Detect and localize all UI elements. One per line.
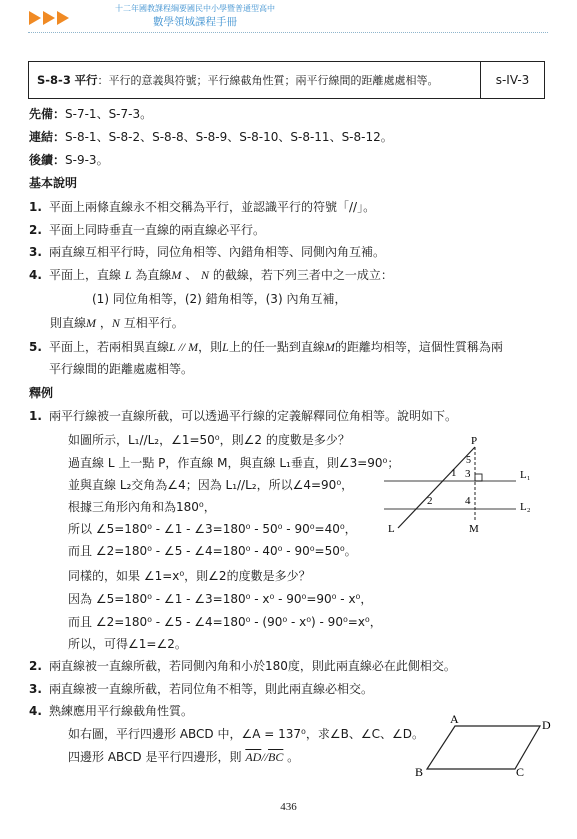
label-l: L	[388, 523, 395, 535]
basic-item-5-line2: 平行線間的距離處處相等。	[49, 362, 193, 376]
example-line: 四邊形 ABCD 是平行四邊形，則 AD//BC 。	[68, 750, 299, 764]
item-text: 兩直線互相平行時，同位角相等、內錯角相等、同側內角互補。	[49, 245, 385, 259]
item-text: 兩平行線被一直線所截，可以透過平行線的定義解釋同位角相等。說明如下。	[49, 409, 457, 423]
basic-item: 3.兩直線互相平行時，同位角相等、內錯角相等、同側內角互補。	[29, 245, 385, 259]
basic-item-4-conclusion: 則直線M ，N 互相平行。	[50, 316, 184, 330]
basic-item: 2.平面上同時垂直一直線的兩直線必平行。	[29, 223, 265, 237]
item-number: 4.	[29, 704, 49, 718]
example-line: 而且 ∠2=180⁰ - ∠5 - ∠4=180⁰ - 40⁰ - 90⁰=50…	[68, 544, 357, 558]
var-n: N	[201, 268, 209, 282]
example-line: 如右圖，平行四邊形 ABCD 中，∠A = 137⁰，求∠B、∠C、∠D。	[68, 727, 424, 741]
example-line: 過直線 L 上一點 P，作直線 M，與直線 L₁垂直，則∠3=90⁰；	[68, 456, 399, 470]
basic-section-title: 基本說明	[29, 176, 77, 190]
item-text: 上的任一點到直線	[229, 340, 325, 354]
header-divider	[28, 32, 548, 33]
example-line: 如圖所示，L₁//L₂，∠1=50⁰，則∠2 的度數是多少？	[68, 433, 350, 447]
links-label: 連結：	[29, 130, 65, 144]
angle-2: 2	[427, 495, 433, 507]
examples-section-title: 釋例	[29, 386, 53, 400]
topic-code-box: S-8-3 平行 ：平行的意義與符號；平行線截角性質；兩平行線間的距離處處相等。…	[28, 61, 545, 99]
item-text: 四邊形 ABCD 是平行四邊形，則	[68, 750, 241, 764]
example-line: 所以 ∠5=180⁰ - ∠1 - ∠3=180⁰ - 50⁰ - 90⁰=40…	[68, 522, 357, 536]
example-line: 同樣的，如果 ∠1=x⁰，則∠2的度數是多少？	[68, 569, 311, 583]
basic-item: 1.平面上兩條直線永不相交稱為平行，並認識平行的符號「//」。	[29, 200, 375, 214]
angle-5: 5	[466, 455, 471, 466]
example-line: 根據三角形內角和為180⁰，	[68, 500, 216, 514]
var-m: M	[86, 316, 96, 330]
item-text: ，則	[198, 340, 222, 354]
links-row: 連結：S-8-1、S-8-2、S-8-8、S-8-9、S-8-10、S-8-11…	[29, 130, 393, 144]
angle-1: 1	[451, 467, 457, 479]
segment-ad: AD	[245, 750, 261, 764]
label-a: A	[450, 712, 459, 726]
item-number: 1.	[29, 200, 49, 214]
header-title: 數學領域課程手冊	[90, 14, 300, 29]
followup-label: 後續：	[29, 153, 65, 167]
topic-code: S-8-3	[37, 73, 71, 87]
basic-item: 4.平面上，直線 L 為直線M 、 N 的截線，若下列三者中之一成立：	[29, 268, 393, 282]
angle-4: 4	[465, 495, 471, 507]
item-text: 的距離均相等，這個性質稱為兩	[335, 340, 503, 354]
item-number: 4.	[29, 268, 49, 282]
var-m: M	[325, 340, 335, 354]
item-text: 為直線	[135, 268, 171, 282]
item-text: 則直線	[50, 316, 86, 330]
item-text: 兩直線被一直線所截，若同側內角和小於180度，則此兩直線必在此側相交。	[49, 659, 456, 673]
item-text: 平面上，直線	[49, 268, 121, 282]
prerequisite-row: 先備：S-7-1、S-7-3。	[29, 107, 152, 121]
example-line: 而且 ∠2=180⁰ - ∠5 - ∠4=180⁰ - (90⁰ - x⁰) -…	[68, 615, 382, 629]
label-l1: L₁	[520, 469, 531, 481]
example-line: 並與直線 L₂交角為∠4；因為 L₁//L₂，所以∠4=90⁰，	[68, 478, 353, 492]
var-m: M	[171, 268, 181, 282]
item-number: 3.	[29, 682, 49, 696]
prerequisite-value: S-7-1、S-7-3。	[65, 107, 152, 121]
var-l: L	[222, 340, 229, 354]
example-item: 1.兩平行線被一直線所截，可以透過平行線的定義解釋同位角相等。說明如下。	[29, 409, 457, 423]
parallelogram-figure: A D B C	[410, 710, 560, 780]
parallel-expr: L // M	[169, 340, 198, 354]
item-text: 平面上兩條直線永不相交稱為平行，並認識平行的符號「//」。	[49, 200, 375, 214]
example-item: 4.熟練應用平行線截角性質。	[29, 704, 193, 718]
item-text: 。	[287, 750, 299, 764]
header-subtitle: 十二年國教課程綱要國民中小學暨普通型高中	[90, 3, 300, 14]
side-code: s-IV-3	[481, 62, 544, 98]
basic-item: 5.平面上，若兩相異直線L // M，則L上的任一點到直線M的距離均相等，這個性…	[29, 340, 503, 354]
item-number: 3.	[29, 245, 49, 259]
parallel-symbol: //	[261, 750, 268, 764]
item-text: 互相平行。	[124, 316, 184, 330]
topic-name: 平行	[75, 72, 98, 88]
label-m: M	[469, 523, 479, 535]
example-line: 因為 ∠5=180⁰ - ∠1 - ∠3=180⁰ - x⁰ - 90⁰=90⁰…	[68, 592, 372, 606]
followup-value: S-9-3。	[65, 153, 109, 167]
var-l: L	[125, 268, 132, 282]
header-arrows-icon	[29, 10, 73, 26]
page-number: 436	[0, 801, 577, 813]
label-c: C	[516, 765, 524, 779]
item-number: 5.	[29, 340, 49, 354]
var-n: N	[112, 316, 120, 330]
item-text: 的截線，若下列三者中之一成立：	[213, 268, 393, 282]
item-text: 兩直線被一直線所截，若同位角不相等，則此兩直線必相交。	[49, 682, 373, 696]
segment-bc: BC	[268, 750, 283, 764]
topic-description-cell: S-8-3 平行 ：平行的意義與符號；平行線截角性質；兩平行線間的距離處處相等。	[29, 62, 481, 98]
parallel-lines-figure: P L M L₁ L₂ 1 2 3 4 5	[380, 425, 550, 535]
basic-item-4-conditions: (1) 同位角相等，(2) 錯角相等，(3) 內角互補，	[92, 292, 346, 306]
links-value: S-8-1、S-8-2、S-8-8、S-8-9、S-8-10、S-8-11、S-…	[65, 130, 393, 144]
item-text: 平面上，若兩相異直線	[49, 340, 169, 354]
label-d: D	[542, 718, 551, 732]
item-number: 1.	[29, 409, 49, 423]
label-p: P	[471, 435, 477, 447]
example-item: 2.兩直線被一直線所截，若同側內角和小於180度，則此兩直線必在此側相交。	[29, 659, 456, 673]
angle-3: 3	[465, 468, 471, 480]
item-text: 熟練應用平行線截角性質。	[49, 704, 193, 718]
example-item: 3.兩直線被一直線所截，若同位角不相等，則此兩直線必相交。	[29, 682, 373, 696]
topic-description: ：平行的意義與符號；平行線截角性質；兩平行線間的距離處處相等。	[98, 72, 439, 88]
prerequisite-label: 先備：	[29, 107, 65, 121]
item-number: 2.	[29, 659, 49, 673]
label-b: B	[415, 765, 423, 779]
example-line: 所以，可得∠1=∠2。	[68, 637, 187, 651]
separator: 、	[185, 268, 197, 282]
item-number: 2.	[29, 223, 49, 237]
followup-row: 後續：S-9-3。	[29, 153, 109, 167]
label-l2: L₂	[520, 501, 531, 513]
item-text: 平面上同時垂直一直線的兩直線必平行。	[49, 223, 265, 237]
